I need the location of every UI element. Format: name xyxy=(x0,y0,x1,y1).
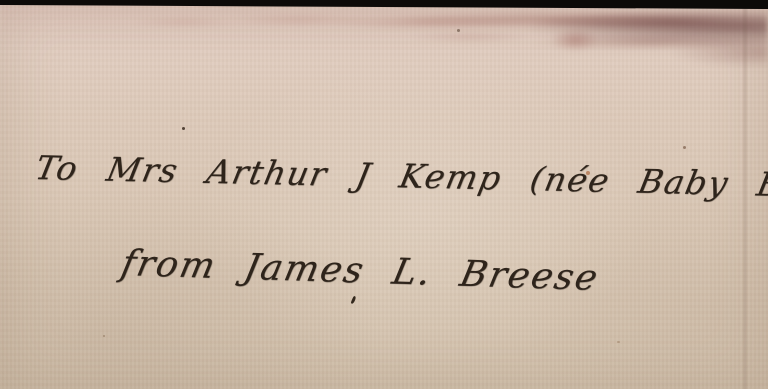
foxing-speck xyxy=(457,29,460,32)
top-stain xyxy=(0,4,768,82)
foxing-speck xyxy=(617,341,620,343)
ink-speck xyxy=(182,127,185,130)
foxing-speck xyxy=(683,146,686,149)
foxing-speck xyxy=(103,335,105,337)
photo-frame: To Mrs Arthur J Kemp (née Baby Belle) fr… xyxy=(0,0,768,389)
